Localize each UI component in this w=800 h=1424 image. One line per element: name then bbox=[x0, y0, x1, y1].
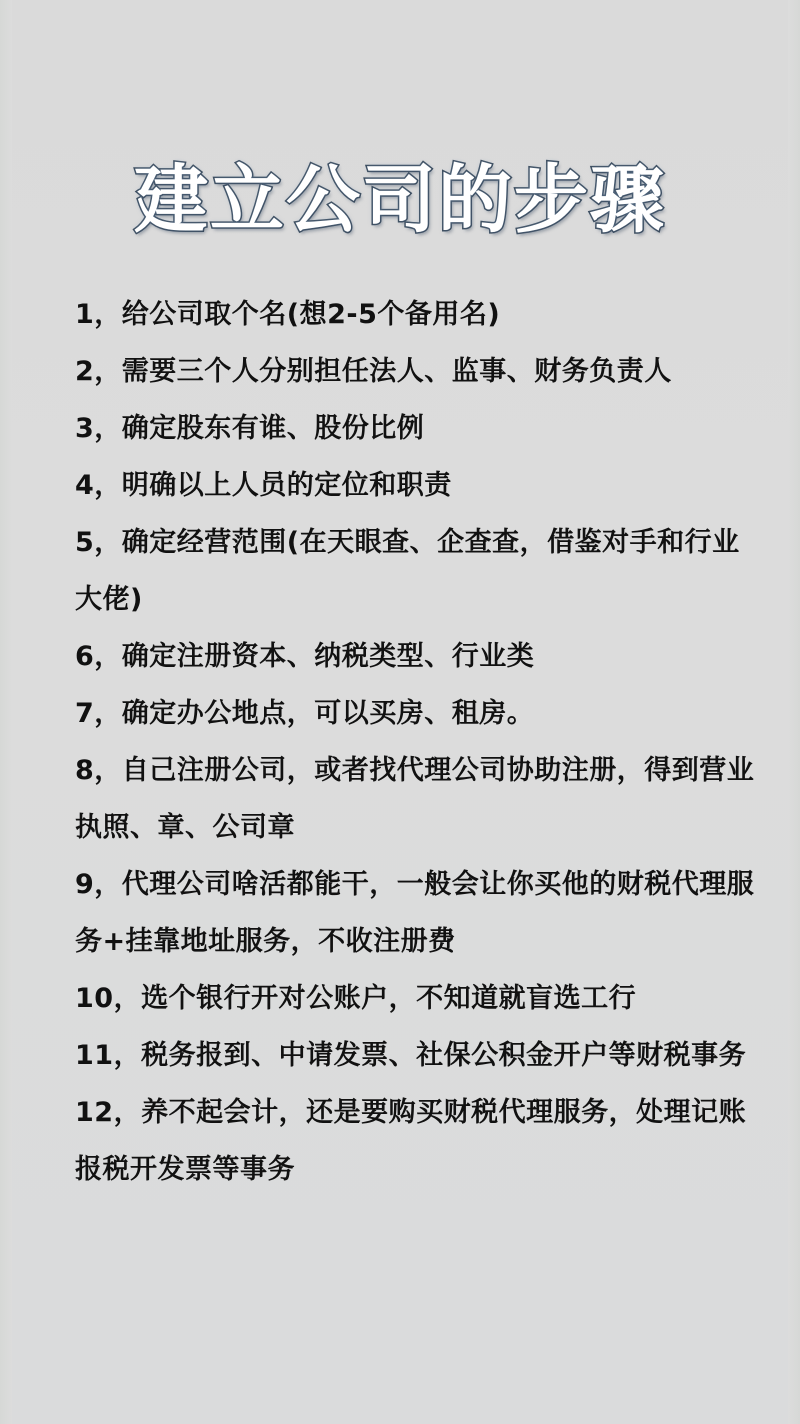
step-item-6: 6，确定注册资本、纳税类型、行业类 bbox=[75, 628, 755, 685]
page-background: 建立公司的步骤 1，给公司取个名(想2-5个备用名) 2，需要三个人分别担任法人… bbox=[0, 0, 800, 1424]
step-item-1: 1，给公司取个名(想2-5个备用名) bbox=[75, 286, 755, 343]
steps-list: 1，给公司取个名(想2-5个备用名) 2，需要三个人分别担任法人、监事、财务负责… bbox=[75, 286, 755, 1198]
step-item-10: 10，选个银行开对公账户，不知道就盲选工行 bbox=[75, 970, 755, 1027]
step-item-3: 3，确定股东有谁、股份比例 bbox=[75, 400, 755, 457]
step-item-12: 12，养不起会计，还是要购买财税代理服务，处理记账报税开发票等事务 bbox=[75, 1084, 755, 1198]
step-item-5: 5，确定经营范围(在天眼查、企查查，借鉴对手和行业大佬) bbox=[75, 514, 755, 628]
step-item-7: 7，确定办公地点，可以买房、租房。 bbox=[75, 685, 755, 742]
step-item-2: 2，需要三个人分别担任法人、监事、财务负责人 bbox=[75, 343, 755, 400]
step-item-11: 11，税务报到、中请发票、社保公积金开户等财税事务 bbox=[75, 1027, 755, 1084]
step-item-8: 8，自己注册公司，或者找代理公司协助注册，得到营业执照、章、公司章 bbox=[75, 742, 755, 856]
page-title: 建立公司的步骤 bbox=[0, 152, 800, 248]
step-item-9: 9，代理公司啥活都能干，一般会让你买他的财税代理服务+挂靠地址服务，不收注册费 bbox=[75, 856, 755, 970]
step-item-4: 4，明确以上人员的定位和职责 bbox=[75, 457, 755, 514]
